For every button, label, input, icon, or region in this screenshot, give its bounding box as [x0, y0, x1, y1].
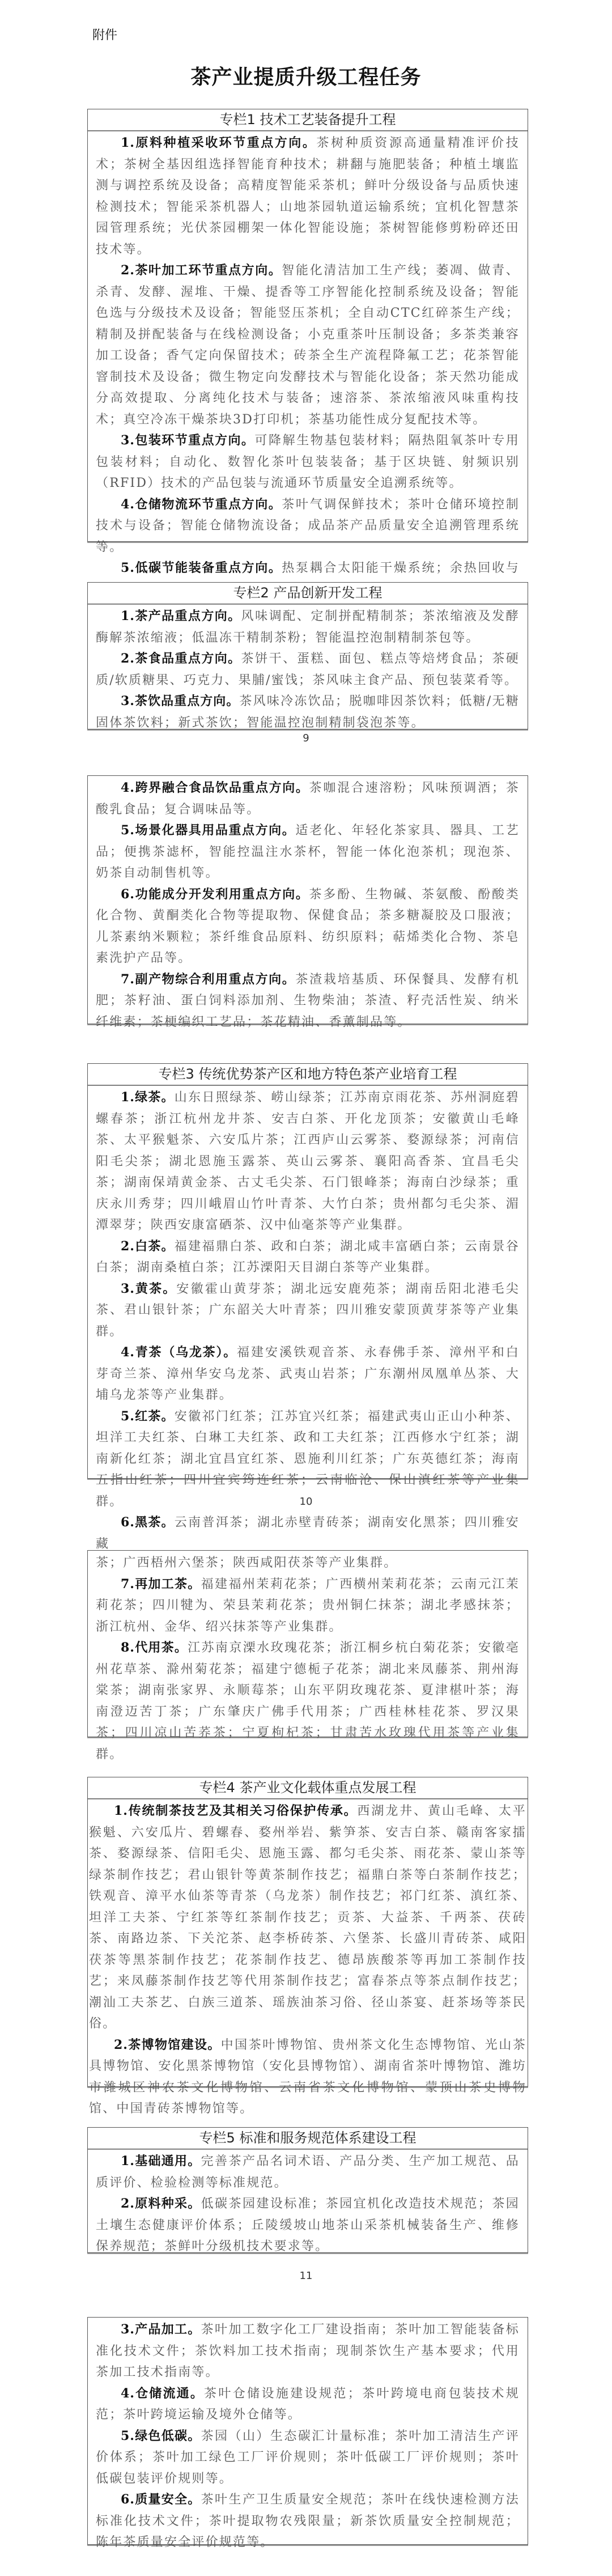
column-4-box: 专栏4 茶产业文化载体重点发展工程 1.传统制茶技艺及其相关习俗保护传承。西湖龙… [87, 1777, 528, 2087]
column-2-item-6: 6.功能成分开发利用重点方向。茶多酚、生物碱、茶氨酸、酚酸类化合物、黄酮类化合物… [96, 884, 520, 969]
column-2-box: 专栏2 产品创新开发工程 1.茶产品重点方向。风味调配、定制拼配精制茶；茶浓缩液… [87, 582, 528, 729]
column-5-item-5: 5.绿色低碳。茶园（山）生态碳汇计量标准；茶叶加工清洁生产评价体系；茶叶加工绿色… [96, 2426, 520, 2490]
page-number-10: 10 [0, 1496, 612, 1508]
attachment-label: 附件 [92, 26, 117, 43]
column-5-heading: 专栏5 标准和服务规范体系建设工程 [88, 2128, 528, 2149]
column-3-item-7: 7.再加工茶。福建福州茉莉花茶；广西横州茉莉花茶；云南元江茉莉花茶；四川犍为、荣… [96, 1574, 520, 1638]
column-2-item-3: 3.茶饮品重点方向。茶风味冷冻饮品；脱咖啡因茶饮料；低糖/无糖固体茶饮料；新式茶… [96, 691, 520, 733]
column-3-item-6: 6.黑茶。云南普洱茶；湖北赤壁青砖茶；湖南安化黑茶；四川雅安藏 [96, 1512, 520, 1555]
column-2-continued-box: 4.跨界融合食品饮品重点方向。茶咖混合速溶粉；风味预调酒；茶酸乳食品；复合调味品… [87, 775, 528, 1024]
page-number-11: 11 [0, 2270, 612, 2282]
column-3-item-3: 3.黄茶。安徽霍山黄芽茶；湖北远安鹿苑茶；湖南岳阳北港毛尖茶、君山银针茶；广东韶… [96, 1279, 520, 1343]
column-5-item-1: 1.基础通用。完善茶产品名词术语、产品分类、生产加工规范、品质评价、检验检测等标… [96, 2151, 520, 2193]
column-3-item-4: 4.青茶（乌龙茶）。福建安溪铁观音茶、永春佛手茶、漳州平和白芽奇兰茶、漳州华安乌… [96, 1342, 520, 1406]
column-2-item-2: 2.茶食品重点方向。茶饼干、蛋糕、面包、糕点等焙烤食品；茶硬质/软质糖果、巧克力… [96, 648, 520, 691]
column-3-item-6-continued: 茶；广西梧州六堡茶；陕西咸阳茯茶等产业集群。 [96, 1552, 520, 1574]
page-number-9: 9 [0, 732, 612, 744]
column-1-heading: 专栏1 技术工艺装备提升工程 [88, 109, 528, 131]
column-1-item-4: 4.仓储物流环节重点方向。茶叶气调保鲜技术；茶叶仓储环境控制技术与设备；智能仓储… [96, 494, 520, 558]
column-5-item-3: 3.产品加工。茶叶加工数字化工厂建设指南；茶叶加工智能装备标准化技术文件；茶饮料… [96, 2319, 520, 2383]
column-5-continued-box: 3.产品加工。茶叶加工数字化工厂建设指南；茶叶加工智能装备标准化技术文件；茶饮料… [87, 2317, 528, 2545]
column-2-item-4: 4.跨界融合食品饮品重点方向。茶咖混合速溶粉；风味预调酒；茶酸乳食品；复合调味品… [96, 778, 520, 820]
column-4-heading: 专栏4 茶产业文化载体重点发展工程 [88, 1777, 528, 1799]
column-1-item-2: 2.茶叶加工环节重点方向。智能化清洁加工生产线；萎凋、做青、杀青、发酵、渥堆、干… [96, 260, 520, 430]
column-3-item-8: 8.代用茶。江苏南京溧水玫瑰花茶；浙江桐乡杭白菊花茶；安徽亳州花草茶、滁州菊花茶… [96, 1637, 520, 1765]
column-4-item-1: 1.传统制茶技艺及其相关习俗保护传承。西湖龙井、黄山毛峰、太平猴魁、六安瓜片、碧… [89, 1801, 526, 2035]
document-title: 茶产业提质升级工程任务 [0, 61, 612, 90]
column-5-item-2: 2.原料种采。低碳茶园建设标准；茶园宜机化改造技术规范；茶园土壤生态健康评价体系… [96, 2193, 520, 2257]
column-3-heading: 专栏3 传统优势茶产区和地方特色茶产业培育工程 [88, 1064, 528, 1085]
column-2-heading: 专栏2 产品创新开发工程 [88, 583, 528, 604]
column-4-item-2: 2.茶博物馆建设。中国茶叶博物馆、贵州茶文化生态博物馆、光山茶具博物馆、安化黑茶… [89, 2035, 526, 2120]
column-3-item-1: 1.绿茶。山东日照绿茶、崂山绿茶；江苏南京雨花茶、苏州洞庭碧螺春茶；浙江杭州龙井… [96, 1087, 520, 1236]
column-1-item-1: 1.原料种植采收环节重点方向。茶树种质资源高通量精准评价技术；茶树全基因组选择智… [96, 133, 520, 260]
column-3-continued-box: 茶；广西梧州六堡茶；陕西咸阳茯茶等产业集群。 7.再加工茶。福建福州茉莉花茶；广… [87, 1550, 528, 1737]
column-2-item-7: 7.副产物综合利用重点方向。茶渣栽培基质、环保餐具、发酵有机肥；茶籽油、蛋白饲料… [96, 969, 520, 1033]
column-2-item-5: 5.场景化器具用品重点方向。适老化、年轻化茶家具、器具、工艺品；便携茶滤杯，智能… [96, 820, 520, 884]
column-2-item-1: 1.茶产品重点方向。风味调配、定制拼配精制茶；茶浓缩液及发酵酶解茶浓缩液；低温冻… [96, 606, 520, 648]
column-5-item-4: 4.仓储流通。茶叶仓储设施建设规范；茶叶跨境电商包装技术规范；茶叶跨境运输及境外… [96, 2383, 520, 2426]
column-3-box: 专栏3 传统优势茶产区和地方特色茶产业培育工程 1.绿茶。山东日照绿茶、崂山绿茶… [87, 1063, 528, 1479]
column-3-item-2: 2.白茶。福建福鼎白茶、政和白茶；湖北咸丰富硒白茶；云南景谷白茶；湖南桑植白茶；… [96, 1236, 520, 1279]
column-1-item-3: 3.包装环节重点方向。可降解生物基包装材料；隔热阻氧茶叶专用包装材料；自动化、数… [96, 430, 520, 494]
column-5-item-6: 6.质量安全。茶叶生产卫生质量安全规范；茶叶在线快速检测方法标准化技术文件；茶叶… [96, 2489, 520, 2553]
column-5-box: 专栏5 标准和服务规范体系建设工程 1.基础通用。完善茶产品名词术语、产品分类、… [87, 2127, 528, 2253]
column-1-box: 专栏1 技术工艺装备提升工程 1.原料种植采收环节重点方向。茶树种质资源高通量精… [87, 109, 528, 542]
